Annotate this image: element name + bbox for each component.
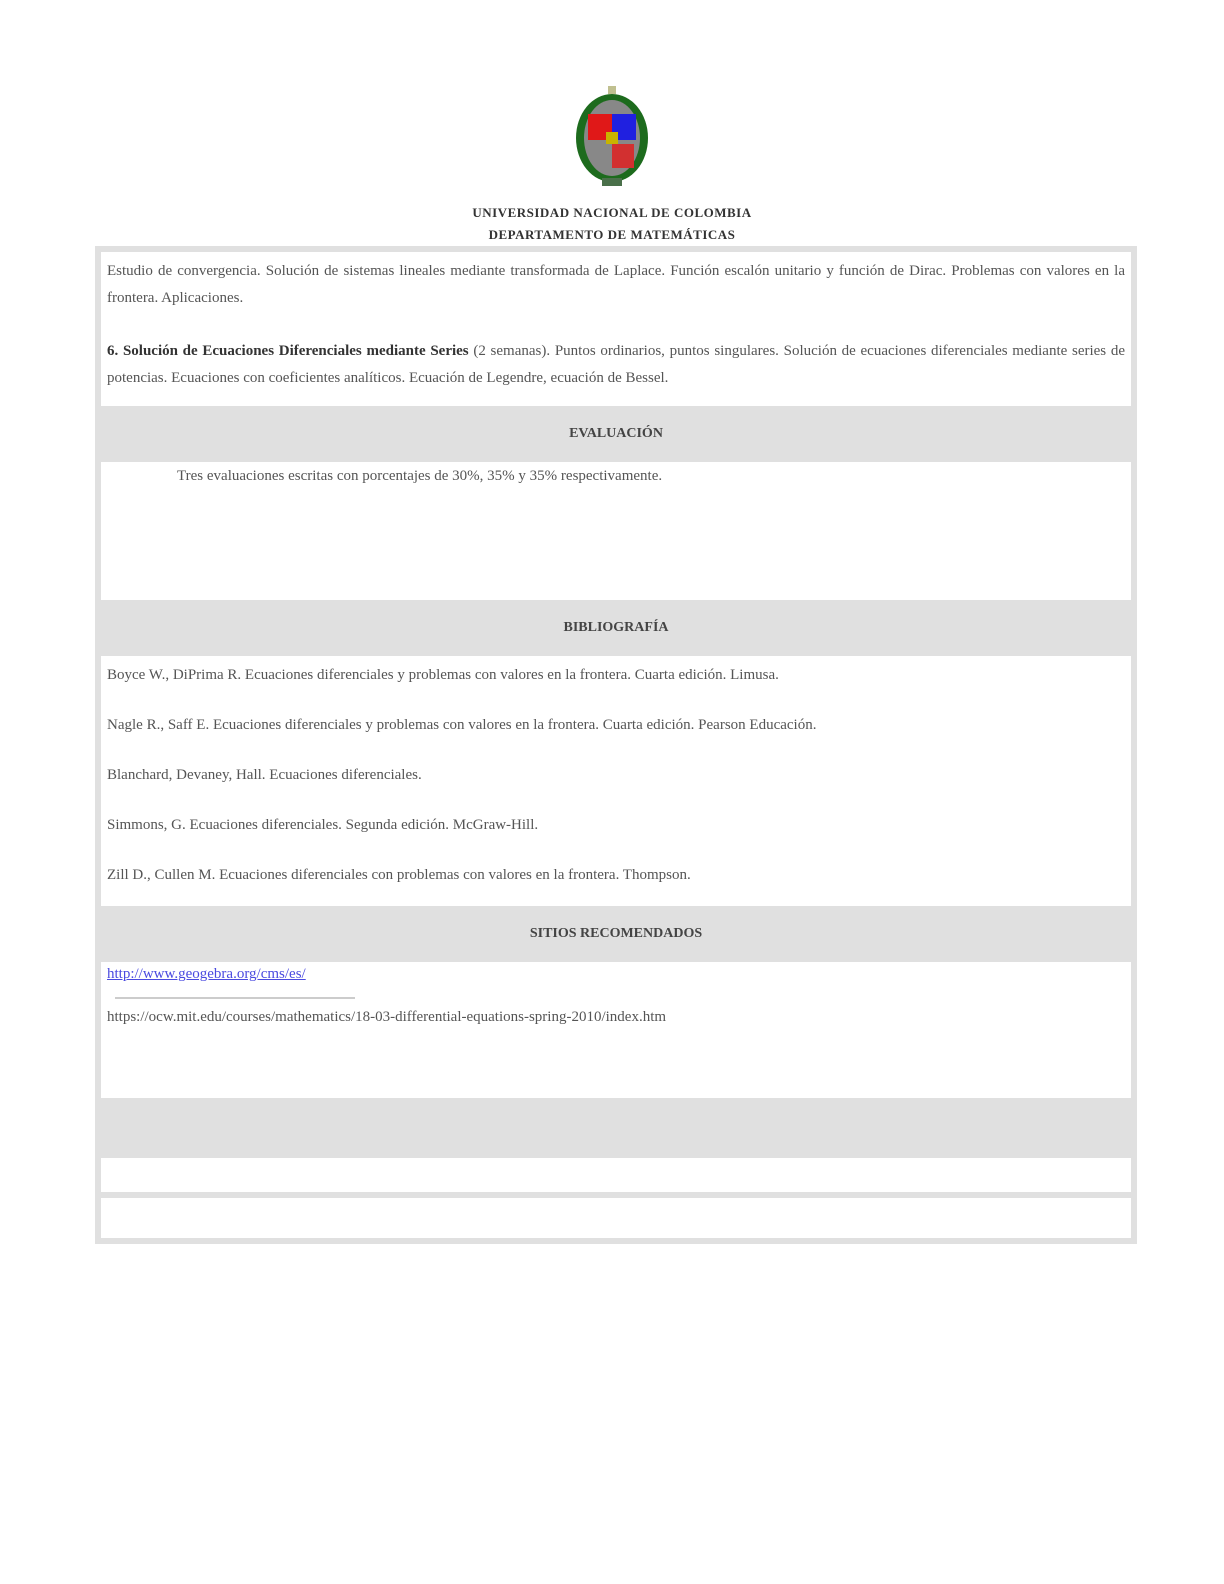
evaluation-heading: EVALUACIÓN <box>101 412 1131 462</box>
empty-heading-row <box>101 1104 1131 1158</box>
continuation-text: Estudio de convergencia. Solución de sis… <box>107 258 1125 312</box>
syllabus-table: Estudio de convergencia. Solución de sis… <box>95 246 1137 1244</box>
mit-ocw-link[interactable]: https://ocw.mit.edu/courses/mathematics/… <box>107 1009 1125 1026</box>
topic-title: 6. Solución de Ecuaciones Diferenciales … <box>107 343 469 359</box>
evaluation-text: Tres evaluaciones escritas con porcentaj… <box>101 462 1131 606</box>
bibliography-item: Zill D., Cullen M. Ecuaciones diferencia… <box>101 856 1131 906</box>
empty-row <box>101 1198 1131 1244</box>
university-crest-icon <box>572 86 652 190</box>
bibliography-item: Nagle R., Saff E. Ecuaciones diferencial… <box>101 706 1131 756</box>
bibliography-item: Boyce W., DiPrima R. Ecuaciones diferenc… <box>101 656 1131 706</box>
divider <box>115 997 355 999</box>
empty-row <box>101 1158 1131 1198</box>
bibliography-item: Simmons, G. Ecuaciones diferenciales. Se… <box>101 806 1131 856</box>
geogebra-link[interactable]: http://www.geogebra.org/cms/es/ <box>107 966 306 983</box>
content-section: Estudio de convergencia. Solución de sis… <box>101 252 1131 412</box>
institution-name: UNIVERSIDAD NACIONAL DE COLOMBIA <box>0 202 1224 224</box>
links-heading: SITIOS RECOMENDADOS <box>101 912 1131 962</box>
topic-paragraph: 6. Solución de Ecuaciones Diferenciales … <box>107 338 1125 392</box>
bibliography-item: Blanchard, Devaney, Hall. Ecuaciones dif… <box>101 756 1131 806</box>
document-header: UNIVERSIDAD NACIONAL DE COLOMBIA DEPARTA… <box>0 86 1224 246</box>
department-name: DEPARTAMENTO DE MATEMÁTICAS <box>0 224 1224 246</box>
bibliography-list: Boyce W., DiPrima R. Ecuaciones diferenc… <box>101 656 1131 912</box>
links-section: http://www.geogebra.org/cms/es/ https://… <box>101 962 1131 1104</box>
bibliography-heading: BIBLIOGRAFÍA <box>101 606 1131 656</box>
